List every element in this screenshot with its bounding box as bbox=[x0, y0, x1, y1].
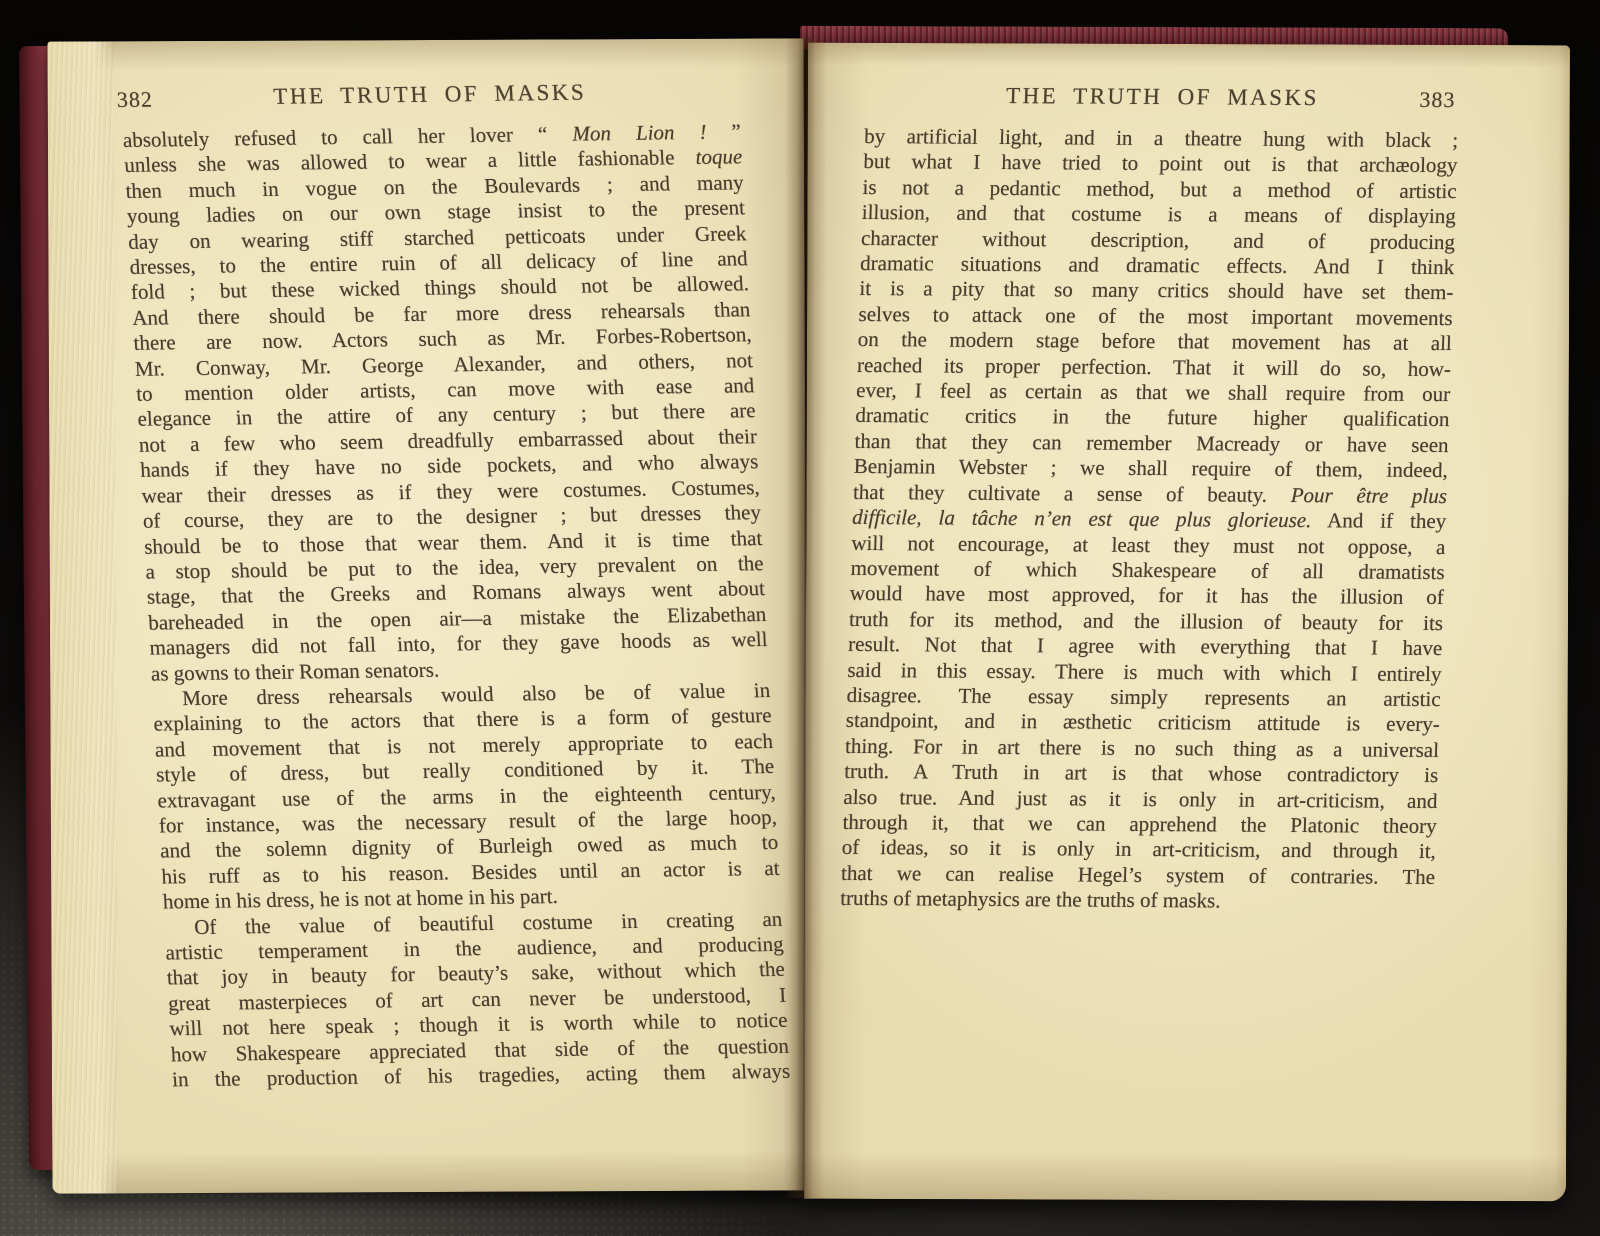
text-line: it is a pity that so many critics should… bbox=[859, 276, 1454, 306]
running-head-title: THE TRUTH OF MASKS bbox=[1006, 83, 1320, 110]
text-line: truth. A Truth in art is that whose cont… bbox=[844, 759, 1439, 789]
text-line: Benjamin Webster ; we shall require of t… bbox=[853, 454, 1448, 484]
book-photo-scene: 382 THE TRUTH OF MASKS absolutely refuse… bbox=[0, 0, 1600, 1236]
text-line: on the modern stage before that movement… bbox=[857, 327, 1452, 357]
text-line: would have most approved, for it has the… bbox=[849, 581, 1444, 611]
text-line: illusion, and that costume is a means of… bbox=[861, 200, 1456, 230]
running-head-title: THE TRUTH OF MASKS bbox=[273, 80, 587, 109]
left-page-fore-edge bbox=[47, 41, 118, 1193]
running-head: THE TRUTH OF MASKS 383 bbox=[865, 80, 1460, 114]
text-line: difficile, la tâche n’en est que plus gl… bbox=[852, 505, 1447, 535]
body-text: by artificial light, and in a theatre hu… bbox=[840, 124, 1459, 916]
text-line: of ideas, so it is only in art-criticism… bbox=[841, 835, 1436, 865]
body-text: absolutely refused to call her lover “ M… bbox=[122, 119, 791, 1092]
text-line: dramatic critics in the future higher qu… bbox=[855, 403, 1450, 433]
text-line: but what I have tried to point out is th… bbox=[863, 149, 1458, 179]
text-line: standpoint, and in æsthetic criticism at… bbox=[845, 708, 1440, 738]
text-line: result. Not that I agree with everything… bbox=[848, 632, 1443, 662]
page-number: 383 bbox=[1419, 85, 1456, 115]
book-gutter bbox=[783, 38, 827, 1198]
text-line: truths of metaphysics are the truths of … bbox=[840, 886, 1435, 916]
right-page-text: THE TRUTH OF MASKS 383 by artificial lig… bbox=[840, 80, 1460, 916]
page-number: 382 bbox=[116, 85, 154, 115]
left-page-text: 382 THE TRUTH OF MASKS absolutely refuse… bbox=[120, 75, 791, 1092]
